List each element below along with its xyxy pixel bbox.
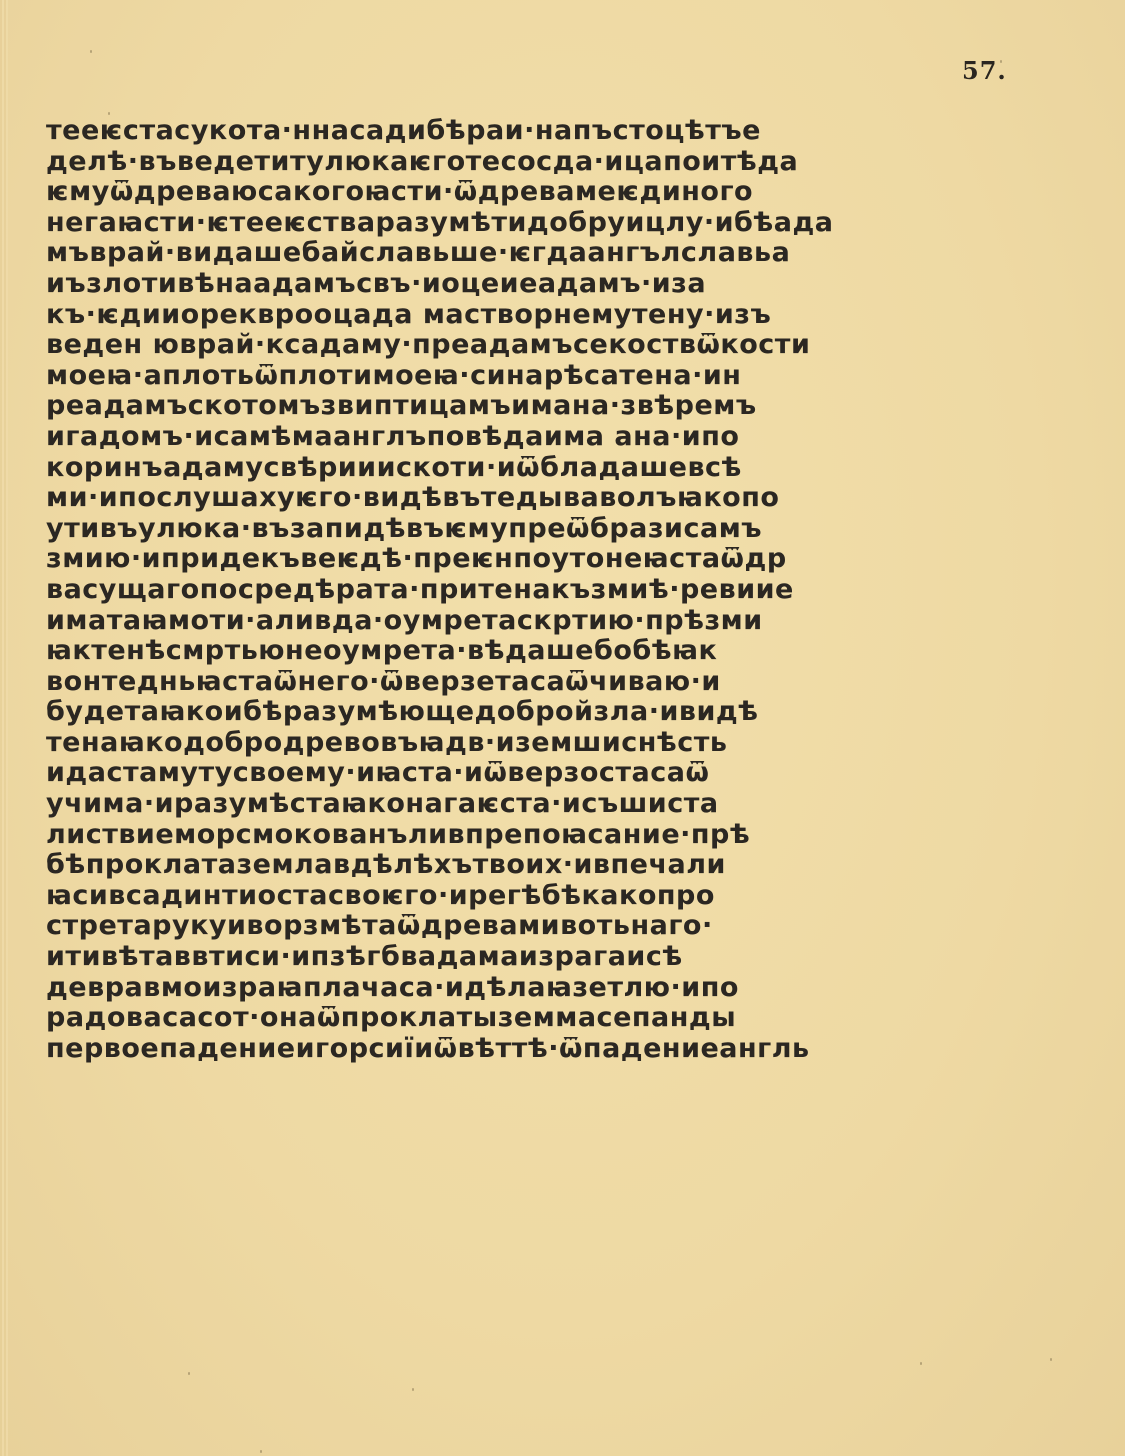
text-line: радовасасот·онаѿпроклатыземмасепанды xyxy=(46,1003,1031,1034)
text-line: тенаꙗкодобродревовъꙗдв·иземшиснѣсть xyxy=(46,728,1031,759)
text-line: игадомъ·исамѣмаанглъповѣдаима ана·ипо xyxy=(46,422,1031,453)
manuscript-text-block: тееѥстасукота·ннасадибѣраи·напъстоцѣтъе … xyxy=(46,116,1031,1064)
page-binding-edge xyxy=(0,0,8,1456)
paper-speck xyxy=(90,50,92,53)
text-line: итивѣтаввтиси·ипзѣгбвадамаизрагаисѣ xyxy=(46,942,1031,973)
text-line: делѣ·въведетитулюкаѥготесосда·ицапоитѣда xyxy=(46,147,1031,178)
text-line: къ·ѥдииорекврооцада мастворнемутену·изъ xyxy=(46,300,1031,331)
text-line: веден юврай·ксадаму·преадамъсекоствѿкост… xyxy=(46,330,1031,361)
text-line: ми·ипослушахуѥго·видѣвътедываволъꙗкопо xyxy=(46,483,1031,514)
text-line: тееѥстасукота·ннасадибѣраи·напъстоцѣтъе xyxy=(46,116,1031,147)
text-line: коринъадамусвѣрииискоти·иѿбладашевсѣ xyxy=(46,453,1031,484)
text-line: вонтедньꙗстаѿнего·ѿверзетасаѿчиваю·и xyxy=(46,667,1031,698)
paper-speck xyxy=(1050,1358,1052,1361)
text-line: иматаꙗмоти·аливда·оумретаскртию·прѣзми xyxy=(46,606,1031,637)
text-line: реадамъскотомъзвиптицамъимана·звѣремъ xyxy=(46,391,1031,422)
text-line: учима·иразумѣстаꙗконагаѥста·исъшиста xyxy=(46,789,1031,820)
text-line: листвиеморсмокованъливпрепоꙗсание·прѣ xyxy=(46,820,1031,851)
manuscript-page: 57. тееѥстасукота·ннасадибѣраи·напъстоцѣ… xyxy=(0,0,1125,1456)
text-line: будетаꙗкоибѣразумѣющедобройзла·ивидѣ xyxy=(46,697,1031,728)
paper-speck xyxy=(920,1362,922,1365)
text-line: первоепадениеигорсиїиѿвѣттѣ·ѿпадениеангл… xyxy=(46,1034,1031,1065)
text-line: девравмоизраꙗплачаса·идѣлаꙗзетлю·ипо xyxy=(46,973,1031,1004)
text-line: ꙗктенѣсмртьюнеоумрета·вѣдашебобѣꙗк xyxy=(46,636,1031,667)
text-line: идастамутусвоему·иꙗста·иѿверзостасаѿ xyxy=(46,758,1031,789)
paper-speck xyxy=(260,1450,262,1453)
text-line: васущагопосредѣрата·притенакъзмиѣ·ревиие xyxy=(46,575,1031,606)
text-line: негаꙗсти·ѥтееѥстваразумѣтидобруицлу·ибѣа… xyxy=(46,208,1031,239)
page-number: 57. xyxy=(962,56,1007,85)
text-line: утивъулюка·възапидѣвъѥмупреѿбразисамъ xyxy=(46,514,1031,545)
text-line: стретарукуиворзмѣтаѿдревамивотьнаго· xyxy=(46,911,1031,942)
text-line: ꙗсивсадинтиостасвоѥго·ирегѣбѣкакопро xyxy=(46,881,1031,912)
text-line: ѥмуѿдреваюсакогоꙗсти·ѿдревамеѥдиного xyxy=(46,177,1031,208)
text-line: бѣпроклатаземлавдѣлѣхътвоих·ивпечали xyxy=(46,850,1031,881)
text-line: моеꙗ·аплотьѿплотимоеꙗ·синарѣсатена·ин xyxy=(46,361,1031,392)
text-line: змию·ипридекъвеѥдѣ·преѥнпоутонеꙗстаѿдр xyxy=(46,544,1031,575)
paper-speck xyxy=(412,1388,414,1391)
text-line: мъврай·видашебайславьше·ѥгдаангълславьа xyxy=(46,238,1031,269)
paper-speck xyxy=(188,1372,190,1375)
text-line: иъзлотивѣнаадамъсвъ·иоцеиеадамъ·иза xyxy=(46,269,1031,300)
